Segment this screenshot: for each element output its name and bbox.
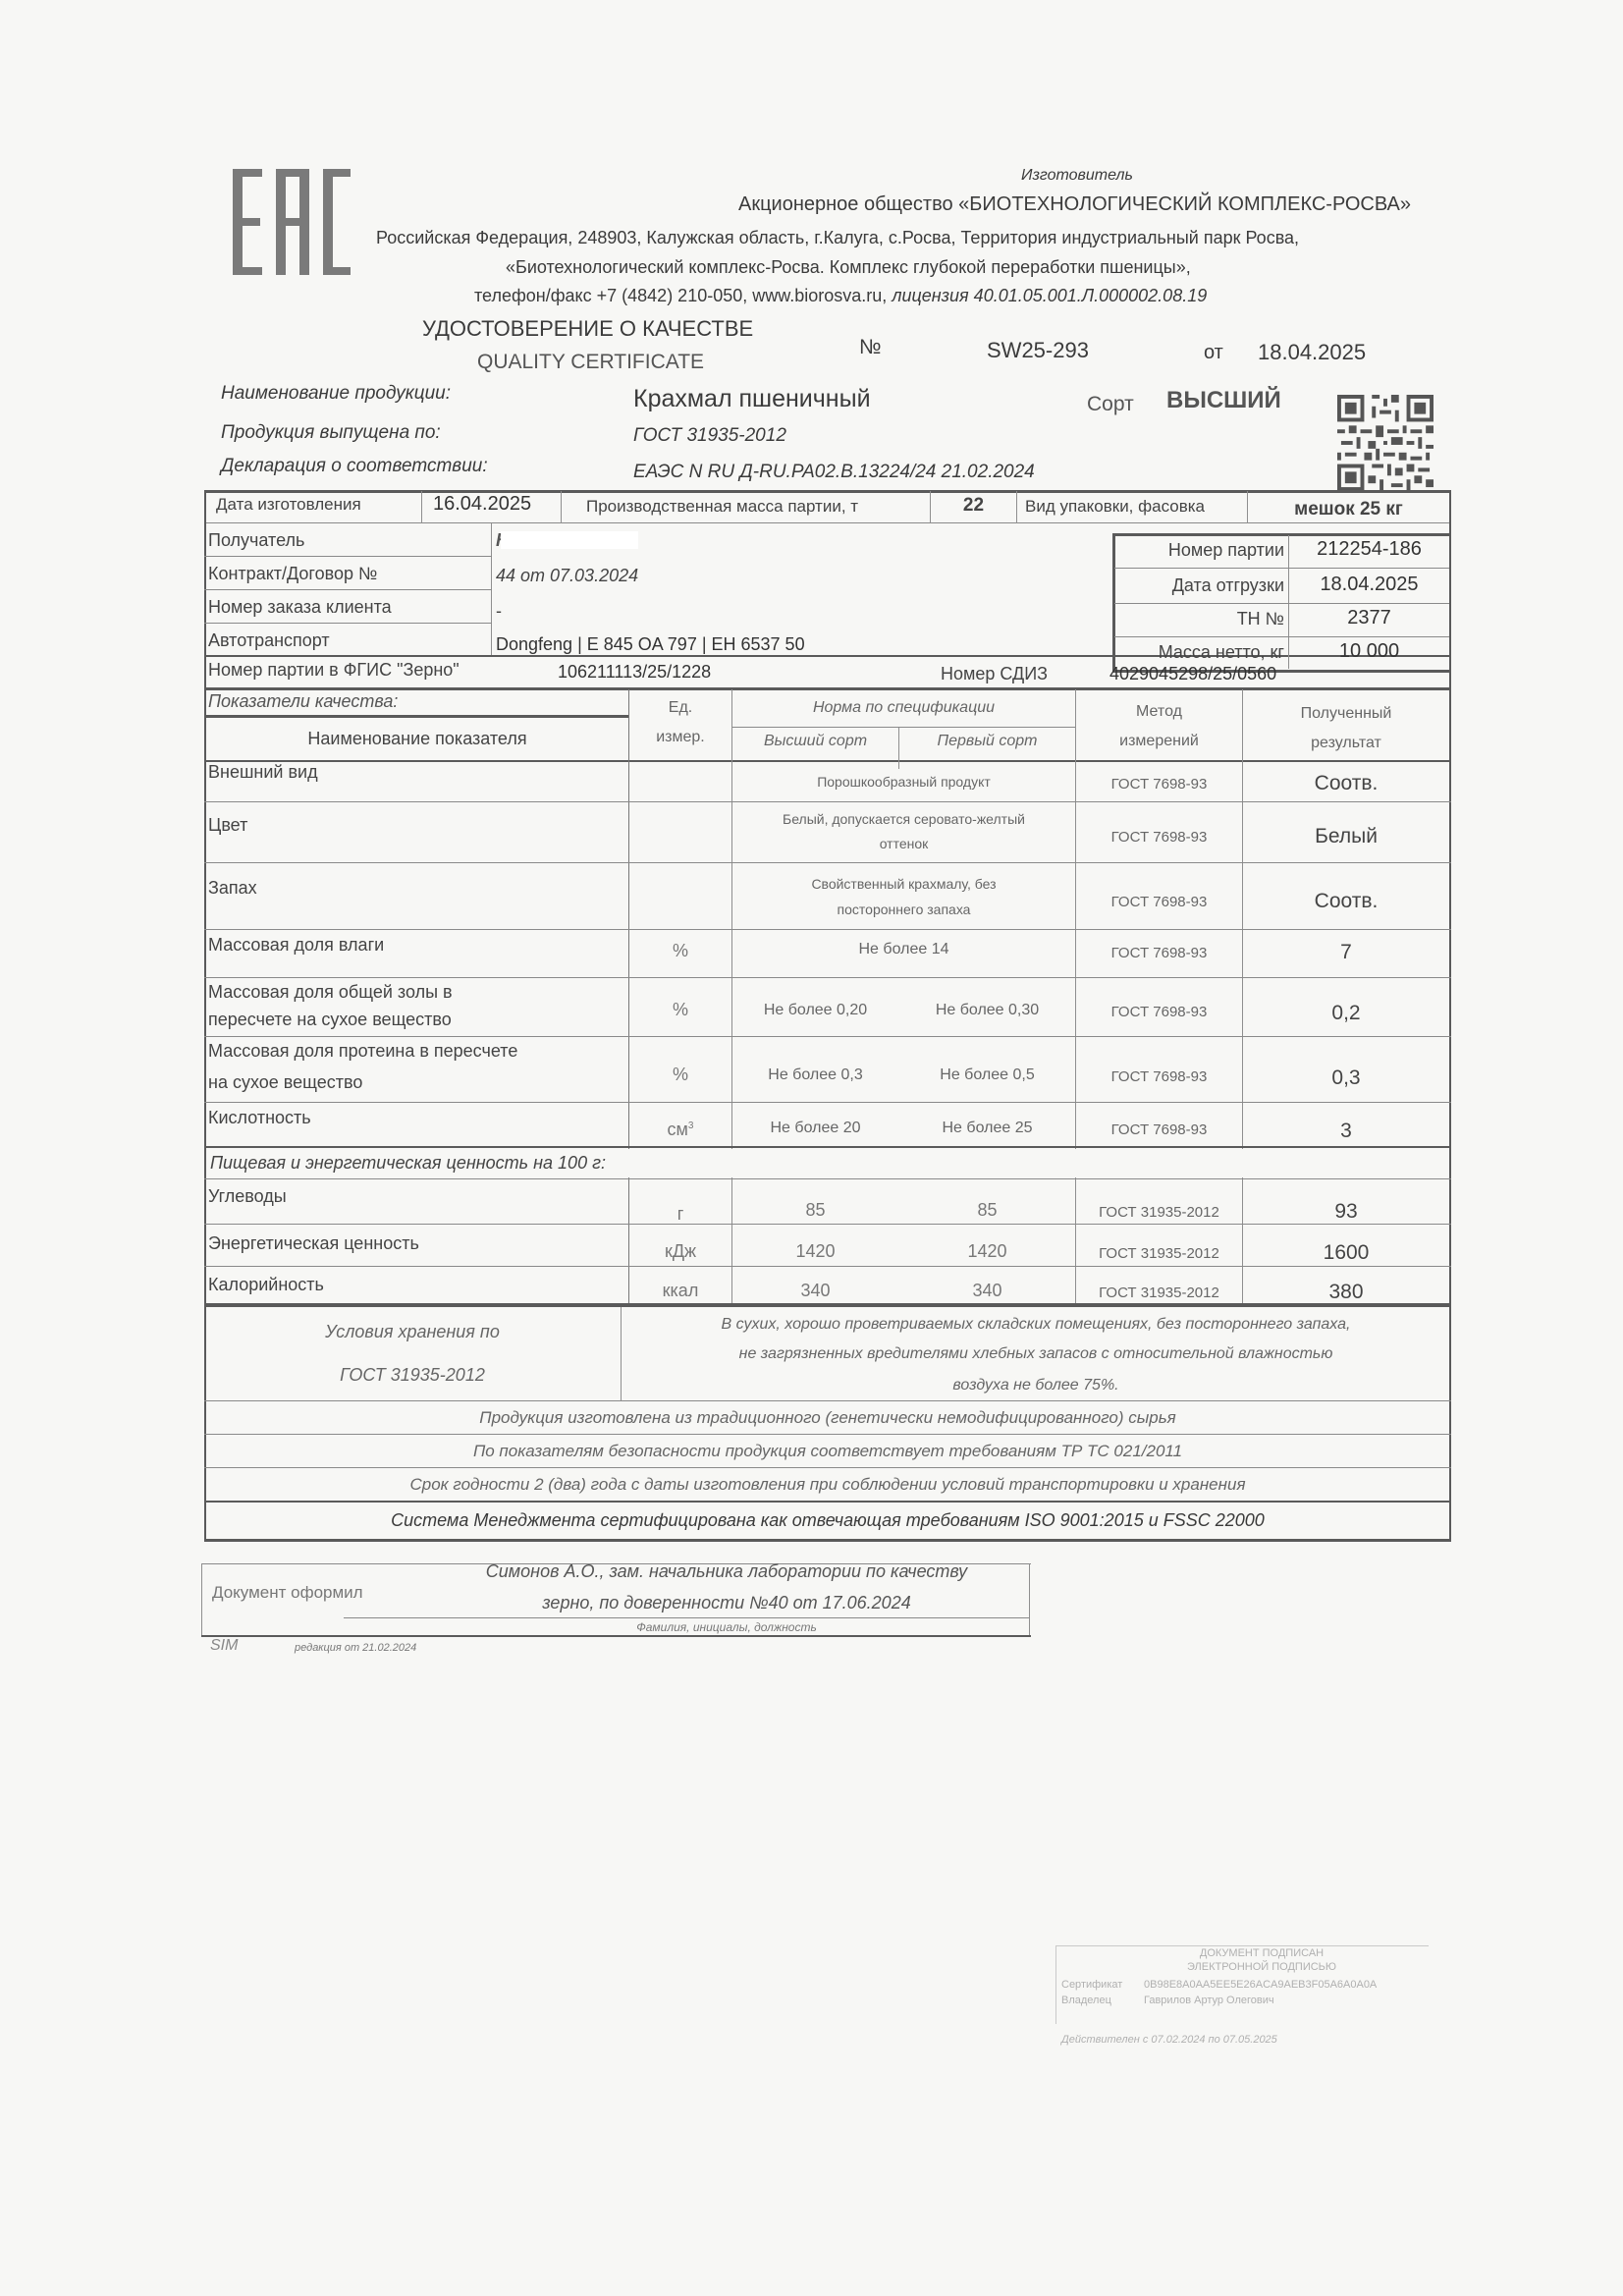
stamp-owner-label: Владелец bbox=[1061, 1995, 1111, 2006]
revision-note: редакция от 21.02.2024 bbox=[295, 1642, 416, 1654]
row-name-line-1: Массовая доля протеина в пересчете bbox=[208, 1041, 517, 1062]
lot-value: 212254-186 bbox=[1289, 538, 1449, 561]
net-mass-label: Масса нетто, кг bbox=[1115, 642, 1284, 663]
row-unit: кДж bbox=[629, 1241, 731, 1262]
row-norm-line-2: постороннего запаха bbox=[732, 902, 1075, 917]
row-result: 7 bbox=[1243, 941, 1449, 964]
row-high: 1420 bbox=[732, 1241, 898, 1262]
row-high: Не более 0,3 bbox=[732, 1066, 898, 1084]
manufacture-date-label: Дата изготовления bbox=[216, 495, 361, 515]
signer-name-line-2: зерно, по доверенности №40 от 17.06.2024 bbox=[422, 1593, 1031, 1613]
unit-superscript: 3 bbox=[688, 1121, 694, 1131]
row-name: Энергетическая ценность bbox=[208, 1233, 419, 1254]
row-result: Соотв. bbox=[1243, 890, 1449, 913]
unit-base: см bbox=[668, 1120, 688, 1139]
row-first: 340 bbox=[899, 1281, 1075, 1301]
row-result: 1600 bbox=[1243, 1241, 1449, 1265]
storage-text-3: воздуха не более 75%. bbox=[622, 1377, 1449, 1394]
col-result-header-1: Полученный bbox=[1243, 705, 1449, 723]
col-method-header-1: Метод bbox=[1076, 703, 1242, 721]
row-high: 85 bbox=[732, 1200, 898, 1221]
storage-label-1: Условия хранения по bbox=[206, 1322, 619, 1342]
col-result-header-2: результат bbox=[1243, 735, 1449, 752]
row-name: Углеводы bbox=[208, 1186, 287, 1207]
signer-name-line-1: Симонов А.О., зам. начальника лаборатори… bbox=[422, 1561, 1031, 1582]
row-name-line-2: пересчете на сухое вещество bbox=[208, 1010, 452, 1030]
row-method: ГОСТ 7698-93 bbox=[1076, 1004, 1242, 1020]
sdiz-label: Номер СДИЗ bbox=[941, 664, 1048, 684]
declaration-value: ЕАЭС N RU Д-RU.PA02.B.13224/24 21.02.202… bbox=[633, 462, 1035, 483]
stamp-cert-label: Сертификат bbox=[1061, 1979, 1122, 1991]
lot-label: Номер партии bbox=[1115, 540, 1284, 561]
contact-line: телефон/факс +7 (4842) 210-050, www.bior… bbox=[474, 286, 1207, 306]
declaration-label: Декларация о соответствии: bbox=[221, 456, 488, 477]
quality-section-label: Показатели качества: bbox=[208, 691, 398, 712]
cert-title-ru: УДОСТОВЕРЕНИЕ О КАЧЕСТВЕ bbox=[422, 316, 753, 342]
stamp-cert-value: 0B98E8A0AA5EE5E26ACA9AEB3F05A6A0A0A bbox=[1144, 1979, 1377, 1991]
ship-date-value: 18.04.2025 bbox=[1289, 574, 1449, 596]
grade-label: Сорт bbox=[1087, 393, 1134, 416]
row-result: 3 bbox=[1243, 1120, 1449, 1143]
row-unit: см3 bbox=[629, 1120, 731, 1140]
company-name: Акционерное общество «БИОТЕХНОЛОГИЧЕСКИЙ… bbox=[738, 193, 1411, 216]
recipient-label: Получатель bbox=[208, 530, 304, 551]
row-name: Кислотность bbox=[208, 1108, 311, 1128]
signature-label: Документ оформил bbox=[212, 1583, 363, 1603]
row-name-line-1: Массовая доля общей золы в bbox=[208, 982, 453, 1003]
cert-date-label: от bbox=[1204, 342, 1223, 364]
address-line-2: «Биотехнологический комплекс-Росва. Комп… bbox=[506, 257, 1191, 278]
fgis-value: 106211113/25/1228 bbox=[558, 662, 711, 683]
stamp-title-2: ЭЛЕКТРОННОЙ ПОДПИСЬЮ bbox=[1114, 1961, 1409, 1973]
row-high: Не более 0,20 bbox=[732, 1002, 898, 1019]
cert-number: SW25-293 bbox=[987, 338, 1089, 363]
row-unit: % bbox=[629, 1065, 731, 1085]
row-norm: Не более 14 bbox=[732, 941, 1075, 958]
order-label: Номер заказа клиента bbox=[208, 597, 392, 618]
contract-value: 44 от 07.03.2024 bbox=[496, 566, 638, 586]
row-name: Внешний вид bbox=[208, 762, 318, 783]
e-signature-stamp: ДОКУМЕНТ ПОДПИСАН ЭЛЕКТРОННОЙ ПОДПИСЬЮ С… bbox=[1055, 1940, 1448, 2057]
col-high-header: Высший сорт bbox=[732, 733, 898, 750]
tn-value: 2377 bbox=[1289, 607, 1449, 629]
row-high: 340 bbox=[732, 1281, 898, 1301]
row-high: Не более 20 bbox=[732, 1120, 898, 1137]
row-first: Не более 0,5 bbox=[899, 1066, 1075, 1084]
row-unit: г bbox=[629, 1204, 731, 1225]
tn-label: ТН № bbox=[1115, 609, 1284, 629]
note-gmo: Продукция изготовлена из традиционного (… bbox=[206, 1408, 1449, 1428]
batch-mass: 22 bbox=[931, 495, 1016, 517]
row-norm-line-2: оттенок bbox=[732, 836, 1075, 851]
row-method: ГОСТ 7698-93 bbox=[1076, 1068, 1242, 1085]
col-method-header-2: измерений bbox=[1076, 733, 1242, 750]
order-value: - bbox=[496, 601, 502, 622]
row-method: ГОСТ 31935-2012 bbox=[1076, 1204, 1242, 1221]
manufacturer-label: Изготовитель bbox=[1021, 167, 1133, 185]
storage-label-2: ГОСТ 31935-2012 bbox=[206, 1365, 619, 1386]
col-unit-header-2: измер. bbox=[629, 729, 731, 746]
address-line-1: Российская Федерация, 248903, Калужская … bbox=[376, 228, 1299, 248]
col-name-header: Наименование показателя bbox=[206, 729, 628, 749]
grade-value: ВЫСШИЙ bbox=[1166, 387, 1281, 414]
row-first: 1420 bbox=[899, 1241, 1075, 1262]
col-unit-header-1: Ед. bbox=[629, 699, 731, 717]
row-method: ГОСТ 7698-93 bbox=[1076, 829, 1242, 846]
storage-text-2: не загрязненных вредителями хлебных запа… bbox=[622, 1345, 1449, 1363]
row-first: Не более 25 bbox=[899, 1120, 1075, 1137]
product-name: Крахмал пшеничный bbox=[633, 385, 871, 413]
row-unit: % bbox=[629, 1000, 731, 1020]
cert-number-label: № bbox=[859, 336, 882, 359]
row-name: Калорийность bbox=[208, 1275, 324, 1295]
signer-caption: Фамилия, инициалы, должность bbox=[422, 1620, 1031, 1634]
row-name: Массовая доля влаги bbox=[208, 935, 384, 956]
eac-logo bbox=[233, 169, 351, 275]
ship-date-label: Дата отгрузки bbox=[1115, 575, 1284, 596]
row-unit: ккал bbox=[629, 1281, 731, 1301]
note-certification: Система Менеджмента сертифицирована как … bbox=[206, 1510, 1449, 1531]
row-result: 0,2 bbox=[1243, 1002, 1449, 1025]
row-name-line-2: на сухое вещество bbox=[208, 1072, 362, 1093]
row-method: ГОСТ 31935-2012 bbox=[1076, 1245, 1242, 1262]
row-norm-line-1: Белый, допускается серовато-желтый bbox=[732, 811, 1075, 827]
row-method: ГОСТ 7698-93 bbox=[1076, 894, 1242, 910]
row-method: ГОСТ 31935-2012 bbox=[1076, 1285, 1242, 1301]
row-method: ГОСТ 7698-93 bbox=[1076, 945, 1242, 961]
standard-label: Продукция выпущена по: bbox=[221, 422, 441, 444]
col-norm-header: Норма по спецификации bbox=[732, 699, 1075, 717]
sim-mark: SIM bbox=[210, 1637, 238, 1655]
row-name: Цвет bbox=[208, 815, 247, 836]
redaction-box bbox=[501, 531, 638, 549]
standard-value: ГОСТ 31935-2012 bbox=[633, 425, 786, 447]
row-result: 380 bbox=[1243, 1281, 1449, 1304]
row-norm: Порошкообразный продукт bbox=[732, 774, 1075, 790]
row-result: Соотв. bbox=[1243, 772, 1449, 795]
license-text: лицензия 40.01.05.001.Л.000002.08.19 bbox=[892, 286, 1207, 305]
net-mass-value: 10 000 bbox=[1289, 640, 1449, 663]
packaging-label: Вид упаковки, фасовка bbox=[1025, 497, 1205, 517]
row-unit: % bbox=[629, 941, 731, 961]
nutrition-label: Пищевая и энергетическая ценность на 100… bbox=[210, 1153, 606, 1174]
row-result: 0,3 bbox=[1243, 1066, 1449, 1090]
manufacture-date: 16.04.2025 bbox=[433, 493, 531, 516]
row-method: ГОСТ 7698-93 bbox=[1076, 776, 1242, 793]
note-safety: По показателям безопасности продукция со… bbox=[206, 1442, 1449, 1461]
fgis-label: Номер партии в ФГИС "Зерно" bbox=[208, 660, 460, 681]
product-name-label: Наименование продукции: bbox=[221, 383, 451, 405]
stamp-owner-value: Гаврилов Артур Олегович bbox=[1144, 1995, 1274, 2006]
contract-label: Контракт/Договор № bbox=[208, 564, 377, 584]
qr-code-icon bbox=[1337, 395, 1434, 491]
stamp-validity: Действителен с 07.02.2024 по 07.05.2025 bbox=[1061, 2034, 1277, 2046]
sdiz-value: 4029045298/25/0560 bbox=[1109, 664, 1276, 684]
cert-title-en: QUALITY CERTIFICATE bbox=[477, 351, 704, 374]
row-name: Запах bbox=[208, 878, 257, 899]
row-first: 85 bbox=[899, 1200, 1075, 1221]
row-norm-line-1: Свойственный крахмалу, без bbox=[732, 876, 1075, 892]
batch-mass-label: Производственная масса партии, т bbox=[586, 497, 858, 517]
packaging-value: мешок 25 кг bbox=[1248, 499, 1449, 520]
transport-value: Dongfeng | E 845 OA 797 | EH 6537 50 bbox=[496, 634, 805, 655]
storage-text-1: В сухих, хорошо проветриваемых складских… bbox=[622, 1316, 1449, 1334]
transport-label: Автотранспорт bbox=[208, 630, 330, 651]
stamp-title-1: ДОКУМЕНТ ПОДПИСАН bbox=[1114, 1947, 1409, 1959]
row-result: 93 bbox=[1243, 1200, 1449, 1224]
cert-date: 18.04.2025 bbox=[1258, 340, 1366, 365]
row-method: ГОСТ 7698-93 bbox=[1076, 1121, 1242, 1138]
row-result: Белый bbox=[1243, 825, 1449, 848]
note-shelf-life: Срок годности 2 (два) года с даты изгото… bbox=[206, 1475, 1449, 1495]
contact-text: телефон/факс +7 (4842) 210-050, www.bior… bbox=[474, 286, 887, 305]
col-first-header: Первый сорт bbox=[899, 733, 1075, 750]
row-first: Не более 0,30 bbox=[899, 1002, 1075, 1019]
